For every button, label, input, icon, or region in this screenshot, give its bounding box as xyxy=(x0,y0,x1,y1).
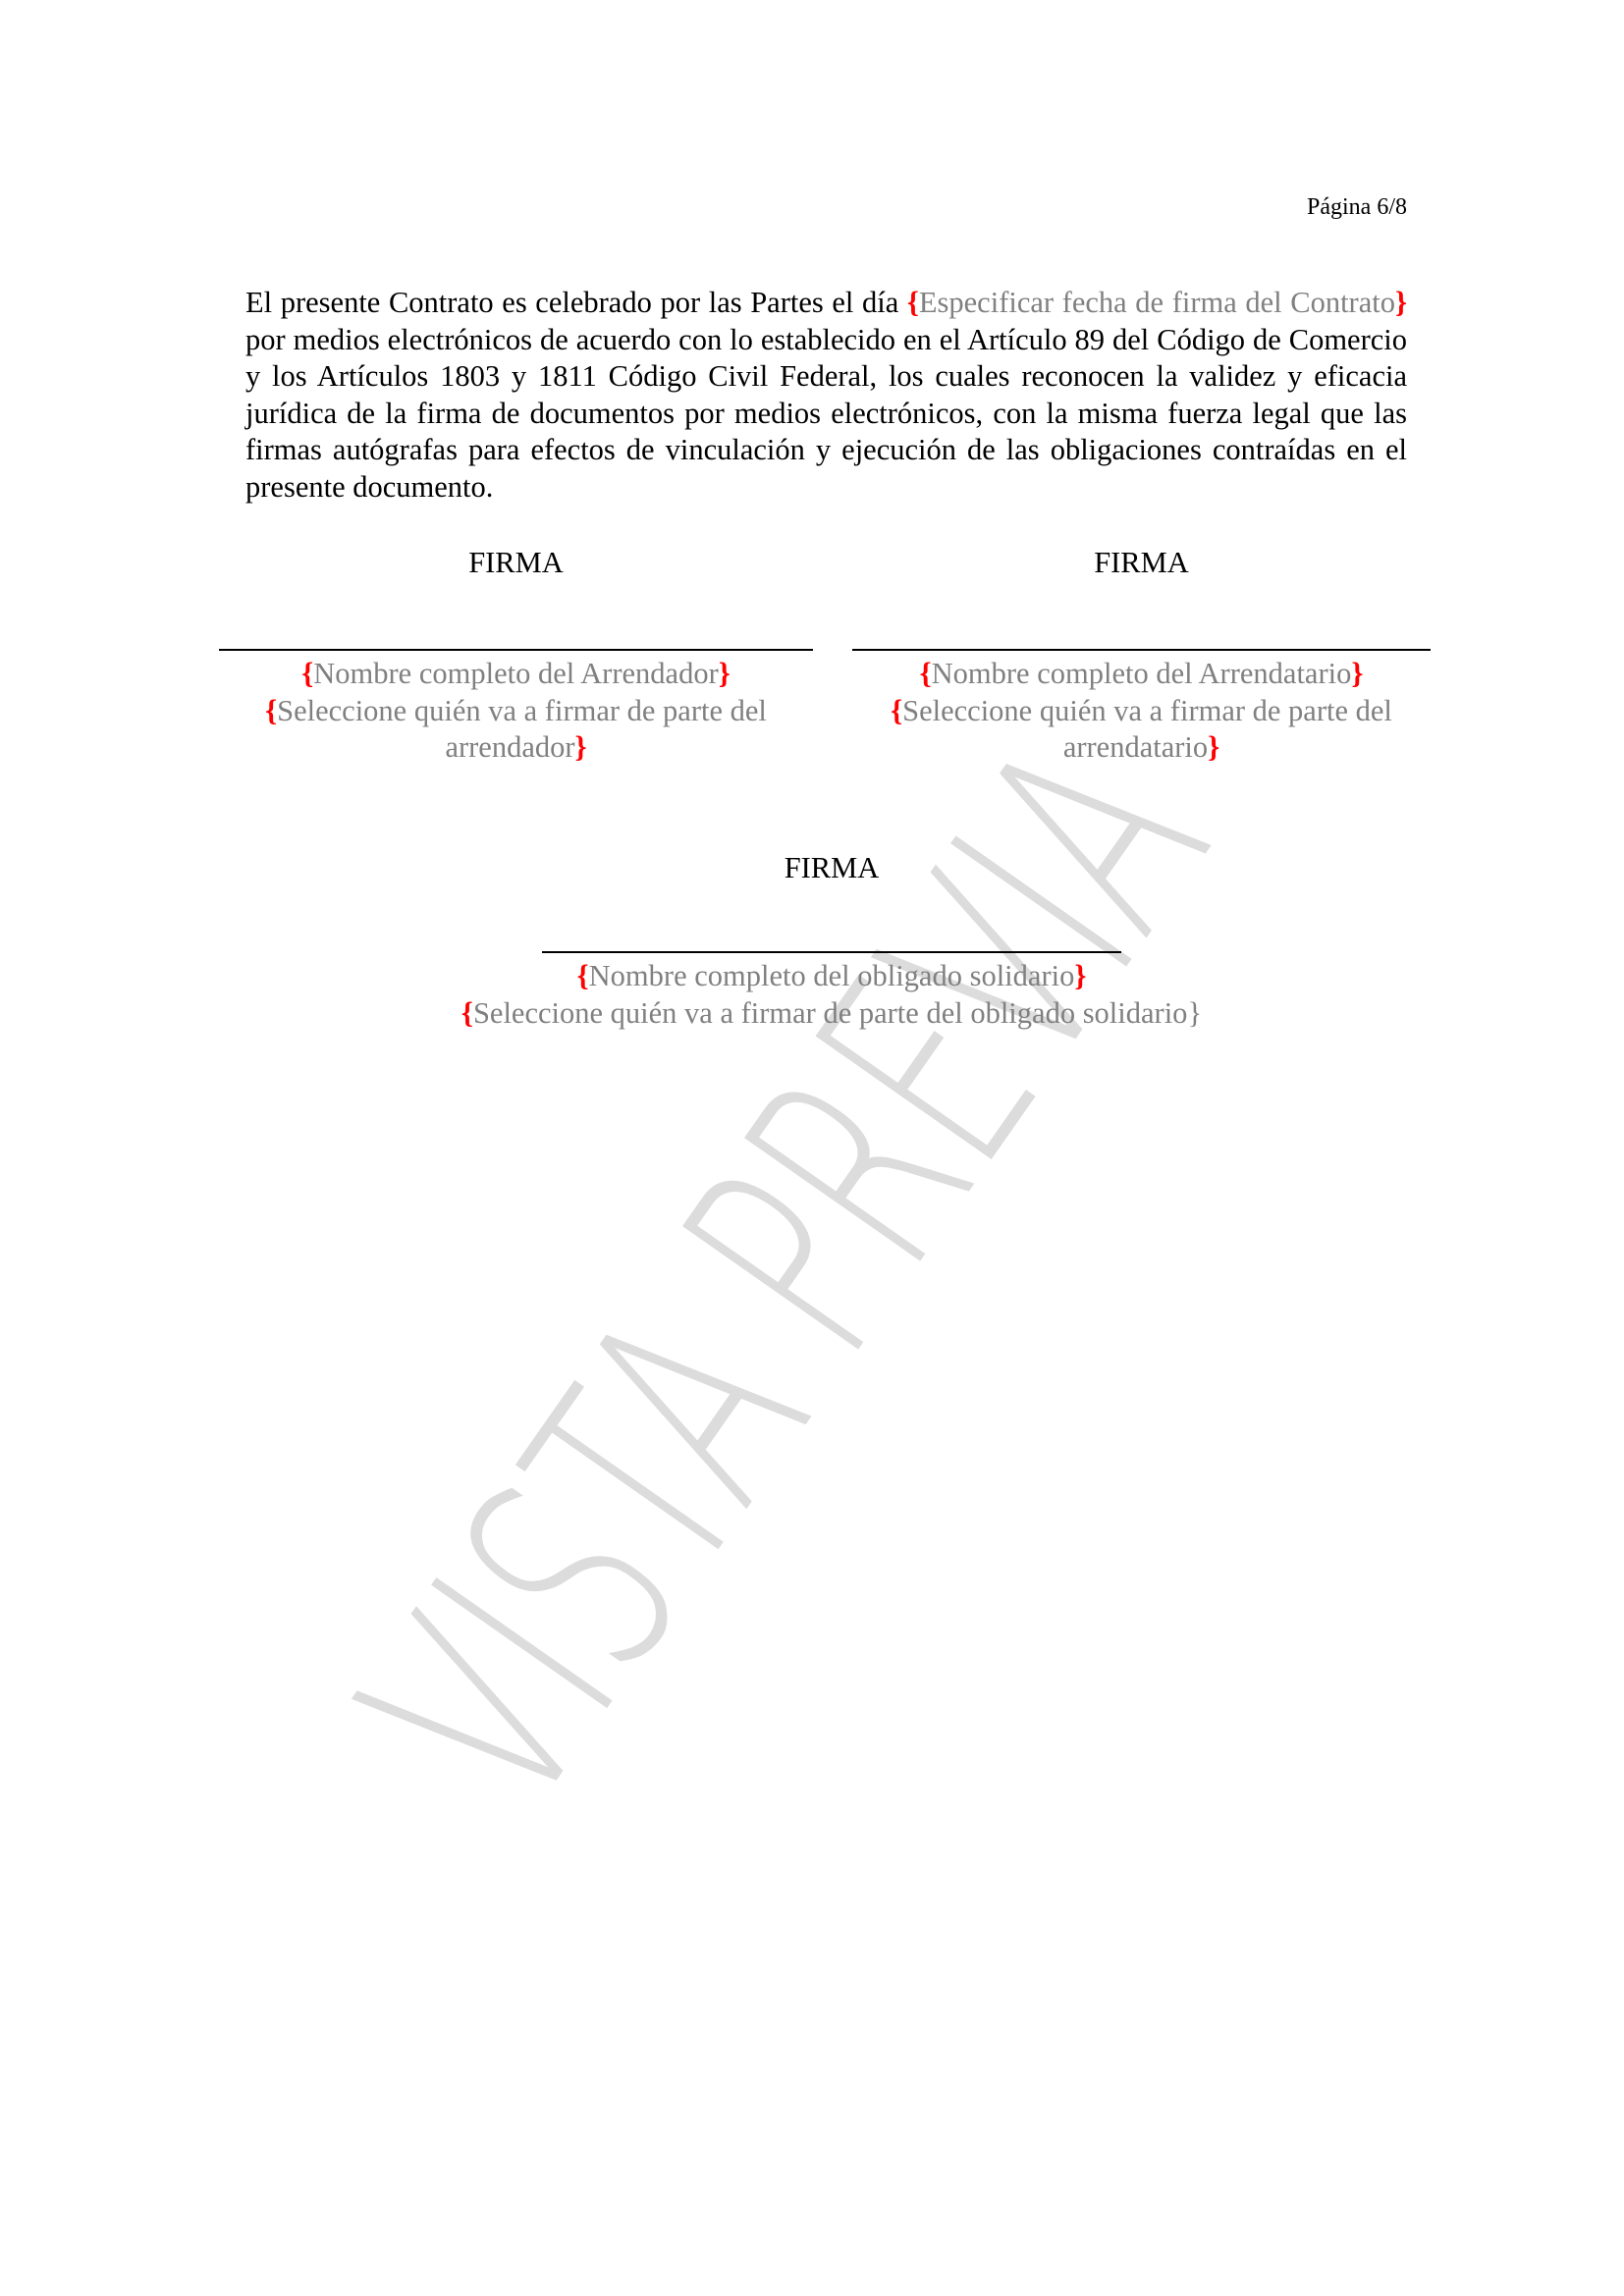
paragraph-text-end: por medios electrónicos de acuerdo con l… xyxy=(245,323,1407,504)
content-layer: Página 6/8 El presente Contrato es celeb… xyxy=(0,0,1624,2296)
brace-open: { xyxy=(301,657,313,690)
brace-open: { xyxy=(907,286,919,319)
brace-close: } xyxy=(1395,286,1407,319)
arrendatario-signer-placeholder[interactable]: Seleccione quién va a firmar de parte de… xyxy=(902,694,1392,727)
brace-open: { xyxy=(577,959,589,992)
arrendador-signer-placeholder[interactable]: Seleccione quién va a firmar de parte de… xyxy=(277,694,767,727)
signature-line-obligado-solidario xyxy=(542,951,1121,953)
signature-line-arrendador xyxy=(219,649,813,651)
brace-open: { xyxy=(265,694,277,727)
signer-row-cont: arrendador} xyxy=(219,729,813,767)
brace-close: } xyxy=(1074,959,1086,992)
signature-block-obligado-solidario: {Nombre completo del obligado solidario}… xyxy=(344,958,1320,1032)
signature-heading-arrendador: FIRMA xyxy=(219,545,813,580)
brace-close: } xyxy=(1208,730,1219,764)
brace-close-gray: } xyxy=(1187,996,1202,1030)
brace-close: } xyxy=(575,730,587,764)
arrendatario-name-placeholder[interactable]: Nombre completo del Arrendatario xyxy=(932,657,1352,690)
obligado-signer-placeholder[interactable]: Seleccione quién va a firmar de parte de… xyxy=(473,996,1188,1030)
signature-block-arrendador: {Nombre completo del Arrendador} {Selecc… xyxy=(219,656,813,767)
signer-row: {Seleccione quién va a firmar de parte d… xyxy=(344,995,1320,1033)
arrendatario-signer-placeholder-cont[interactable]: arrendatario xyxy=(1063,730,1208,764)
obligado-name-placeholder[interactable]: Nombre completo del obligado solidario xyxy=(589,959,1075,992)
signature-heading-arrendatario: FIRMA xyxy=(852,545,1431,580)
brace-close: } xyxy=(1351,657,1363,690)
signer-row: {Seleccione quién va a firmar de parte d… xyxy=(852,693,1431,730)
name-row: {Nombre completo del obligado solidario} xyxy=(344,958,1320,995)
arrendador-signer-placeholder-cont[interactable]: arrendador xyxy=(445,730,574,764)
name-row: {Nombre completo del Arrendador} xyxy=(219,656,813,693)
signer-row: {Seleccione quién va a firmar de parte d… xyxy=(219,693,813,730)
brace-open: { xyxy=(461,996,473,1030)
signature-line-arrendatario xyxy=(852,649,1431,651)
brace-close: } xyxy=(719,657,731,690)
document-page: VISTA PREVIA Página 6/8 El presente Cont… xyxy=(0,0,1624,2296)
signer-row-cont: arrendatario} xyxy=(852,729,1431,767)
brace-open: { xyxy=(920,657,932,690)
page-number: Página 6/8 xyxy=(1307,192,1407,222)
arrendador-name-placeholder[interactable]: Nombre completo del Arrendador xyxy=(313,657,718,690)
brace-open: { xyxy=(891,694,902,727)
name-row: {Nombre completo del Arrendatario} xyxy=(852,656,1431,693)
paragraph-text-start: El presente Contrato es celebrado por la… xyxy=(245,286,907,319)
date-placeholder[interactable]: Especificar fecha de firma del Contrato xyxy=(919,286,1395,319)
signature-block-arrendatario: {Nombre completo del Arrendatario} {Sele… xyxy=(852,656,1431,767)
contract-execution-paragraph: El presente Contrato es celebrado por la… xyxy=(245,285,1407,506)
signature-heading-obligado-solidario: FIRMA xyxy=(542,850,1121,885)
